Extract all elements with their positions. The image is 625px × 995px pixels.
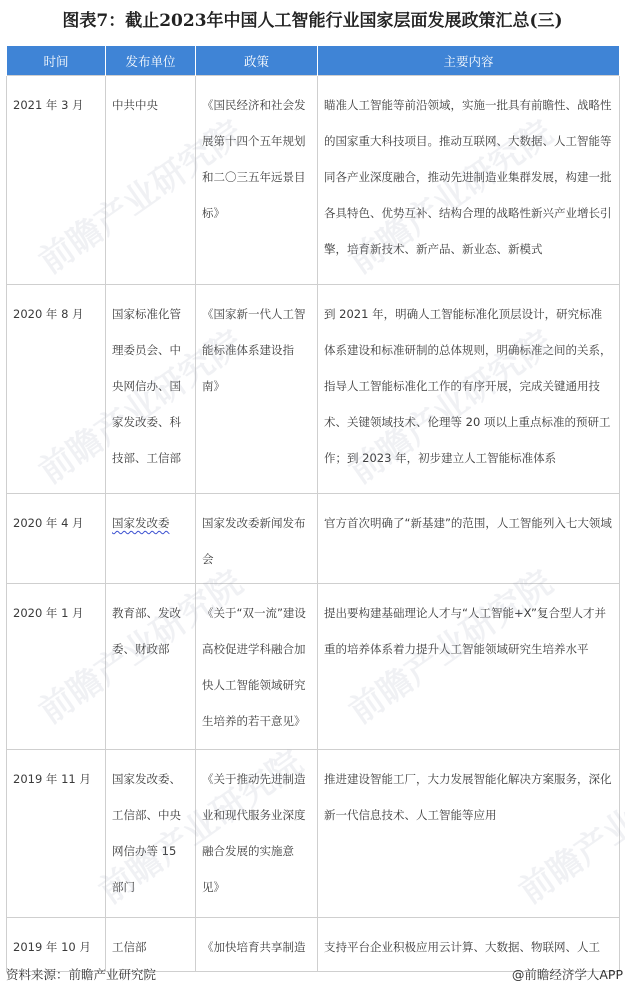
cell-content: 到 2021 年，明确人工智能标准化顶层设计，研究标准体系建设和标准研制的总体规… [318,285,620,494]
credit-note: @前瞻经济学人APP [512,965,623,983]
issuer-text: 国家标准化管理委员会、中央网信办、国家发改委、科技部、工信部 [112,307,181,465]
cell-policy: 《加快培育共享制造 [196,918,318,972]
issuer-text: 国家发改委 [112,516,170,530]
cell-issuer: 国家发改委 [106,494,196,584]
cell-issuer: 国家标准化管理委员会、中央网信办、国家发改委、科技部、工信部 [106,285,196,494]
table-row: 2020 年 1 月 教育部、发改委、财政部 《关于“双一流”建设高校促进学科融… [7,584,620,750]
cell-issuer: 工信部 [106,918,196,972]
table-header-row: 时间 发布单位 政策 主要内容 [7,46,620,76]
header-issuer: 发布单位 [106,46,196,76]
header-time: 时间 [7,46,106,76]
table-row: 2019 年 11 月 国家发改委、工信部、中央网信办等 15 部门 《关于推动… [7,750,620,918]
cell-policy: 国家发改委新闻发布会 [196,494,318,584]
cell-time: 2020 年 8 月 [7,285,106,494]
cell-issuer: 国家发改委、工信部、中央网信办等 15 部门 [106,750,196,918]
source-note: 资料来源：前瞻产业研究院 [6,965,156,983]
table-row: 2020 年 8 月 国家标准化管理委员会、中央网信办、国家发改委、科技部、工信… [7,285,620,494]
cell-time: 2021 年 3 月 [7,76,106,285]
header-policy: 政策 [196,46,318,76]
cell-issuer: 教育部、发改委、财政部 [106,584,196,750]
cell-content: 推进建设智能工厂，大力发展智能化解决方案服务，深化新一代信息技术、人工智能等应用 [318,750,620,918]
cell-content: 支持平台企业积极应用云计算、大数据、物联网、人工 [318,918,620,972]
policy-table: 时间 发布单位 政策 主要内容 2021 年 3 月 中共中央 《国民经济和社会… [6,46,620,972]
cell-time: 2019 年 10 月 [7,918,106,972]
cell-time: 2020 年 4 月 [7,494,106,584]
table-row: 2021 年 3 月 中共中央 《国民经济和社会发展第十四个五年规划和二〇三五年… [7,76,620,285]
cell-content: 瞄准人工智能等前沿领域，实施一批具有前瞻性、战略性的国家重大科技项目。推动互联网… [318,76,620,285]
cell-time: 2020 年 1 月 [7,584,106,750]
header-content: 主要内容 [318,46,620,76]
cell-content: 官方首次明确了“新基建”的范围，人工智能列入七大领域 [318,494,620,584]
cell-policy: 《国民经济和社会发展第十四个五年规划和二〇三五年远景目标》 [196,76,318,285]
cell-policy: 《关于“双一流”建设高校促进学科融合加快人工智能领域研究生培养的若干意见》 [196,584,318,750]
cell-content: 提出要构建基础理论人才与“人工智能+X”复合型人才并重的培养体系着力提升人工智能… [318,584,620,750]
cell-time: 2019 年 11 月 [7,750,106,918]
figure-title: 图表7：截止2023年中国人工智能行业国家层面发展政策汇总(三) [0,6,625,31]
cell-issuer: 中共中央 [106,76,196,285]
cell-policy: 《关于推动先进制造业和现代服务业深度融合发展的实施意见》 [196,750,318,918]
cell-policy: 《国家新一代人工智能标准体系建设指南》 [196,285,318,494]
table-row: 2019 年 10 月 工信部 《加快培育共享制造 支持平台企业积极应用云计算、… [7,918,620,972]
table-row: 2020 年 4 月 国家发改委 国家发改委新闻发布会 官方首次明确了“新基建”… [7,494,620,584]
